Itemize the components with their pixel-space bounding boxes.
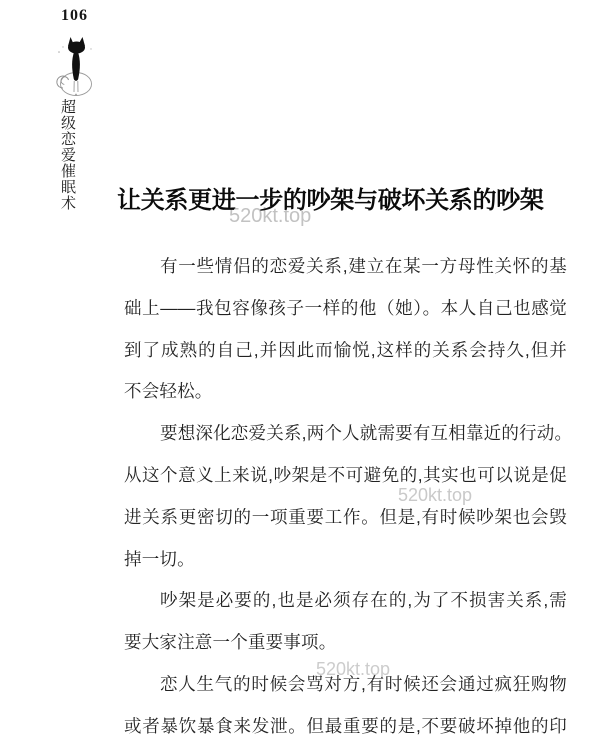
text-line: 础上——我包容像孩子一样的他（她）。本人自己也感觉 [124,288,567,330]
text-line: 要想深化恋爱关系,两个人就需要有互相靠近的行动。 [124,413,567,455]
cat-icon [47,35,103,101]
book-title-vertical: 超级恋爱催眠术 [57,99,78,211]
text-line: 到了成熟的自己,并因此而愉悦,这样的关系会持久,但并 [124,330,567,372]
text-line: 掉一切。 [124,539,567,581]
text-line: 有一些情侣的恋爱关系,建立在某一方母性关怀的基 [124,246,567,288]
book-page: 106 超级恋爱催眠术 让关系更进一步的吵架与破坏关系的吵架 有一些情侣的恋爱关… [0,0,600,749]
text-line: 吵架是必要的,也是必须存在的,为了不损害关系,需 [124,580,567,622]
text-line: 从这个意义上来说,吵架是不可避免的,其实也可以说是促 [124,455,567,497]
text-line: 要大家注意一个重要事项。 [124,622,567,664]
text-line: 或者暴饮暴食来发泄。但最重要的是,不要破坏掉他的印 [124,706,567,748]
text-line: 恋人生气的时候会骂对方,有时候还会通过疯狂购物 [124,664,567,706]
page-number: 106 [61,7,88,25]
body-text: 有一些情侣的恋爱关系,建立在某一方母性关怀的基础上——我包容像孩子一样的他（她）… [124,246,567,748]
text-line: 进关系更密切的一项重要工作。但是,有时候吵架也会毁 [124,497,567,539]
chapter-heading: 让关系更进一步的吵架与破坏关系的吵架 [117,180,544,215]
text-line: 不会轻松。 [124,371,567,413]
